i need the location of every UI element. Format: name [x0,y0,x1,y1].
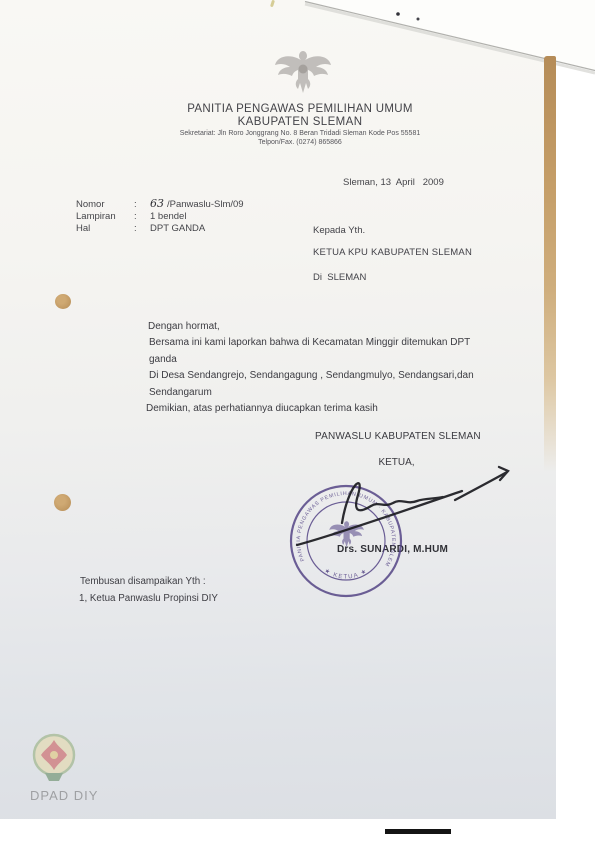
cc-item: 1, Ketua Panwaslu Propinsi DIY [79,593,218,604]
garuda-shield [299,65,308,74]
meta-row-lampiran: Lampiran : 1 bendel [76,211,244,223]
body-line: Demikian, atas perhatiannya diucapkan te… [146,401,496,417]
letter-body: Dengan hormat, Bersama ini kami laporkan… [146,319,496,417]
org-name-line2: KABUPATEN SLEMAN [40,116,560,128]
handwritten-number: 63 [150,199,164,211]
letter-meta-block: Nomor : 63 /Panwaslu-Slm/09 Lampiran : 1… [76,199,244,235]
body-line: Sendangarum [149,385,496,401]
garuda-emblem-icon [273,48,333,96]
meta-row-hal: Hal : DPT GANDA [76,223,244,235]
recipient-name: KETUA KPU KABUPATEN SLEMAN [313,247,472,258]
meta-value: /Panwaslu-Slm/09 [167,199,244,211]
watermark-label: DPAD DIY [30,788,98,803]
meta-label: Lampiran [76,211,134,223]
signatory-org: PANWASLU KABUPATEN SLEMAN [315,431,481,442]
punch-hole-top [55,294,71,309]
body-line: Bersama ini kami laporkan bahwa di Kecam… [149,335,496,368]
date-line: Sleman, 13 April 2009 [343,177,444,188]
meta-colon: : [134,223,150,235]
cc-heading: Tembusan disampaikan Yth : [80,576,206,587]
meta-label: Nomor [76,199,134,211]
org-address: Sekretariat: Jln Roro Jonggrang No. 8 Be… [40,130,560,137]
scanned-letter-screenshot: { "document": { "header": { "org_line1":… [0,0,595,842]
punch-hole-bottom [54,494,71,511]
handwritten-signature [285,455,517,557]
dirt-speck [417,18,420,21]
recipient-city: Di SLEMAN [313,272,366,283]
stamp-bottom-text: ★ KETUA ★ [323,567,369,580]
archive-emblem-icon [28,733,80,783]
recipient-salutation: Kepada Yth. [313,225,365,236]
meta-value: 1 bendel [150,211,186,223]
body-line: Dengan hormat, [148,319,496,335]
org-phone: Telpon/Fax. (0274) 865866 [40,139,560,146]
meta-label: Hal [76,223,134,235]
meta-row-nomor: Nomor : 63 /Panwaslu-Slm/09 [76,199,244,211]
meta-value: DPT GANDA [150,223,205,235]
body-line: Di Desa Sendangrejo, Sendangagung , Send… [149,368,496,384]
org-name-line1: PANITIA PENGAWAS PEMILIHAN UMUM [40,103,560,115]
dirt-speck [396,12,400,16]
scan-footer-mark [385,829,451,834]
meta-colon: : [134,199,150,211]
meta-colon: : [134,211,150,223]
